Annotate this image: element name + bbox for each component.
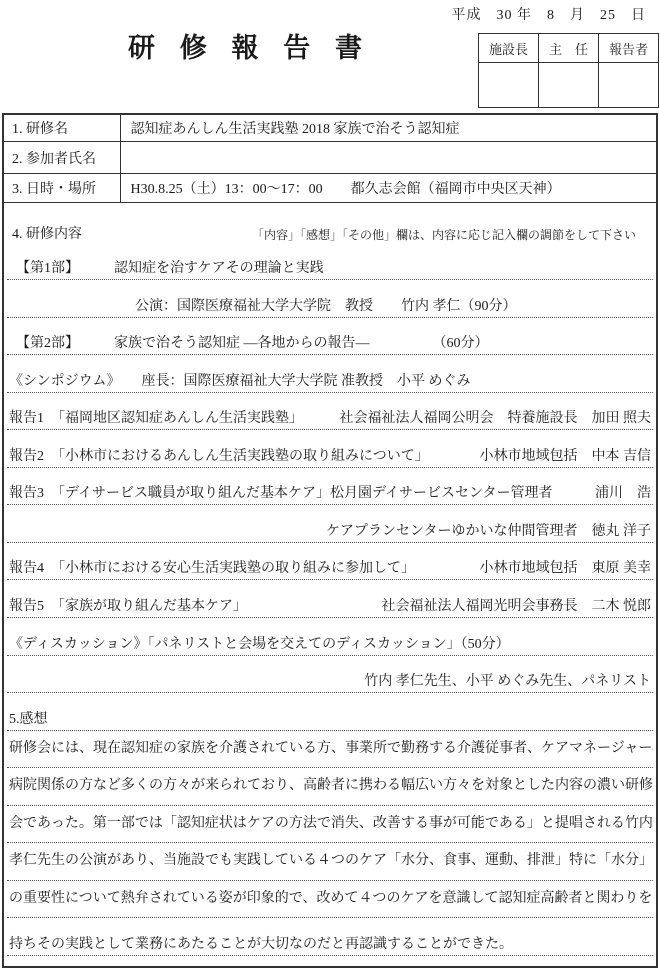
content-line: 5.感想 (7, 693, 653, 731)
content-header: 4. 研修内容 「内容」「感想」「その他」欄は、内容に応じ記入欄の調節をして下さ… (4, 213, 656, 243)
content-line-right: 小林市地域包括 中本 吉信 (480, 445, 652, 465)
datetime-place-label: 3. 日時・場所 (3, 174, 120, 203)
approval-cell-reporter (599, 63, 659, 108)
row-content: 4. 研修内容 「内容」「感想」「その他」欄は、内容に応じ記入欄の調節をして下さ… (3, 203, 657, 967)
content-line-right: 社会福祉法人福岡公明会 特養施設長 加田 照夫 (340, 407, 652, 427)
content-line-left: 報告2 「小林市におけるあんしん生活実践塾の取り組みについて」 (9, 445, 429, 465)
content-line: 《ディスカッション》「パネリストと会場を交えてのディスカッション」（50分） (7, 618, 653, 656)
approval-stamp-table: 施設長 主 任 報告者 (478, 33, 659, 108)
content-line-right: ケアプランセンターゆかいな仲間管理者 徳丸 洋子 (326, 520, 651, 540)
approval-stamp-row (479, 63, 659, 108)
content-line-left: 【第1部】 認知症を治すケアその理論と実践 (9, 257, 324, 277)
content-lines: 【第1部】 認知症を治すケアその理論と実践 公演：国際医療福祉大学大学院 教授 … (7, 243, 653, 956)
row-datetime-place: 3. 日時・場所 H30.8.25（土）13：00～17：00 都久志会館（福岡… (3, 174, 657, 203)
content-line: 研修会には、現在認知症の家族を介護されている方、事業所で勤務する介護従事者、ケア… (7, 731, 653, 769)
content-line: 《シンポジウム》 座長：国際医療福祉大学大学院 准教授 小平 めぐみ (7, 355, 653, 393)
participants-value (120, 142, 657, 174)
participants-label: 2. 参加者氏名 (3, 142, 120, 174)
approval-cell-director (479, 63, 539, 108)
content-line-left: 《ディスカッション》「パネリストと会場を交えてのディスカッション」（50分） (9, 633, 510, 653)
content-line: 【第2部】 家族で治そう認知症 ―各地からの報告― （60分） (7, 318, 653, 356)
datetime-place-value: H30.8.25（土）13：00～17：00 都久志会館（福岡市中央区天神） (120, 174, 657, 203)
content-line-left: 5.感想 (9, 708, 48, 728)
content-line-left: 公演：国際医療福祉大学大学院 教授 竹内 孝仁（90分） (9, 295, 517, 315)
approval-header-director: 施設長 (479, 34, 539, 63)
content-line: 報告5 「家族が取り組んだ基本ケア」社会福祉法人福岡光明会事務長 二木 悦郎 (7, 580, 653, 618)
training-report-page: 平成 30 年 8 月 25 日 研 修 報 告 書 施設長 主 任 報告者 1… (0, 0, 660, 968)
content-line: 報告2 「小林市におけるあんしん生活実践塾の取り組みについて」小林市地域包括 中… (7, 430, 653, 468)
content-line-right: 社会福祉法人福岡光明会事務長 二木 悦郎 (382, 595, 652, 615)
report-body-table: 1. 研修名 認知症あんしん生活実践塾 2018 家族で治そう認知症 2. 参加… (2, 113, 658, 968)
content-cell: 4. 研修内容 「内容」「感想」「その他」欄は、内容に応じ記入欄の調節をして下さ… (3, 203, 657, 967)
content-line: 会であった。第一部では「認知症状はケアの方法で消失、改善する事が可能である」と提… (7, 806, 653, 844)
content-line-left: 報告1 「福岡地区認知症あんしん生活実践塾」 (9, 407, 303, 427)
content-line-left: 報告4 「小林市における安心生活実践塾の取り組みに参加して」 (9, 557, 415, 577)
approval-header-reporter: 報告者 (599, 34, 659, 63)
content-section-label: 4. 研修内容 (12, 223, 82, 243)
content-line: 孝仁先生の公演があり、当施設でも実践している４つのケア「水分、食事、運動、排泄」… (7, 843, 653, 881)
approval-header-row: 施設長 主 任 報告者 (479, 34, 659, 63)
content-line-left: 持ちその実践として業務にあたることが大切なのだと再認識することができた。 (9, 933, 513, 953)
content-line: 【第1部】 認知症を治すケアその理論と実践 (7, 243, 653, 281)
content-line: 公演：国際医療福祉大学大学院 教授 竹内 孝仁（90分） (7, 280, 653, 318)
content-line: 持ちその実践として業務にあたることが大切なのだと再認識することができた。 (7, 918, 653, 956)
training-name-label: 1. 研修名 (3, 114, 120, 142)
approval-cell-chief (539, 63, 599, 108)
content-line: 報告4 「小林市における安心生活実践塾の取り組みに参加して」小林市地域包括 東原… (7, 543, 653, 581)
content-line: 報告1 「福岡地区認知症あんしん生活実践塾」社会福祉法人福岡公明会 特養施設長 … (7, 393, 653, 431)
content-line: の重要性について熱弁されている姿が印象的で、改めて４つのケアを意識して認知症高齢… (7, 881, 653, 919)
approval-header-chief: 主 任 (539, 34, 599, 63)
date-line: 平成 30 年 8 月 25 日 (452, 4, 647, 24)
content-line: 報告3 「デイサービス職員が取り組んだ基本ケア」松月園デイサービスセンター管理者… (7, 468, 653, 506)
row-training-name: 1. 研修名 認知症あんしん生活実践塾 2018 家族で治そう認知症 (3, 114, 657, 142)
content-line-right: 竹内 孝仁先生、小平 めぐみ先生、パネリスト (364, 670, 651, 690)
training-name-value: 認知症あんしん生活実践塾 2018 家族で治そう認知症 (120, 114, 657, 142)
content-line: ケアプランセンターゆかいな仲間管理者 徳丸 洋子 (7, 505, 653, 543)
content-line-left: 報告5 「家族が取り組んだ基本ケア」 (9, 595, 247, 615)
content-line: 竹内 孝仁先生、小平 めぐみ先生、パネリスト (7, 656, 653, 694)
content-line: 病院関係の方など多くの方々が来られており、高齢者に携わる幅広い方々を対象とした内… (7, 768, 653, 806)
content-line-left: 《シンポジウム》 座長：国際医療福祉大学大学院 准教授 小平 めぐみ (9, 370, 471, 390)
content-line-left: 【第2部】 家族で治そう認知症 ―各地からの報告― （60分） (9, 332, 489, 352)
row-participants: 2. 参加者氏名 (3, 142, 657, 174)
page-title: 研 修 報 告 書 (128, 26, 371, 65)
content-line-left: 報告3 「デイサービス職員が取り組んだ基本ケア」松月園デイサービスセンター管理者 (9, 482, 552, 502)
content-line-right: 小林市地域包括 東原 美幸 (480, 557, 652, 577)
content-section-note: 「内容」「感想」「その他」欄は、内容に応じ記入欄の調節をして下さい (252, 226, 648, 243)
content-line-right: 浦川 浩 (595, 482, 651, 502)
